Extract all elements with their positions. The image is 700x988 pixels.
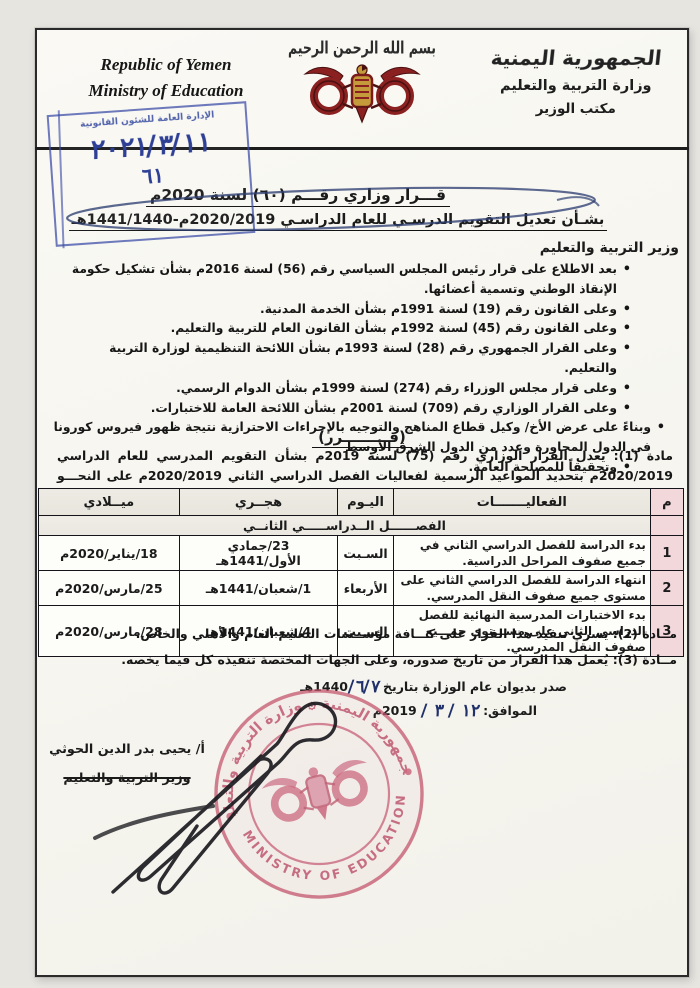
corresponding-label: الموافق: [483, 703, 537, 718]
preamble-item: وعلى القرار الجمهوري رقم (28) لسنة 1993م… [53, 339, 631, 379]
yemen-eagle-emblem-icon [299, 58, 425, 124]
document-page: Republic of Yemen Ministry of Education … [35, 28, 689, 977]
preamble-item: وعلى القرار الوزاري رقم (709) لسنة 2001م… [53, 399, 631, 419]
col-header-no: م [650, 489, 683, 516]
ministry-name-ar: وزارة التربية والتعليم [491, 78, 661, 94]
country-name-en: Republic of Yemen [61, 52, 271, 78]
preamble-item: وعلى القانون رقم (45) لسنة 1992م بشأن ال… [53, 319, 631, 339]
row-activity: انتهاء الدراسة للفصل الدراسي الثاني على … [393, 571, 650, 606]
article-2: مــادة (2): يسري تنفيذ هذا القرار على كـ… [57, 624, 677, 644]
table-section-row: الفصــــــل الــدراســـــي الثانــي [39, 516, 684, 536]
table-header-row: م الفعاليـــــــات اليـوم هجــري ميــلاد… [39, 489, 684, 516]
section-title: الفصــــــل الــدراســـــي الثانــي [39, 516, 651, 536]
row-gregorian-date: 25/مارس/2020م [39, 571, 180, 606]
row-gregorian-date: 18/يناير/2020م [39, 536, 180, 571]
issuer-heading: وزير التربية والتعليم [540, 240, 679, 256]
header-arabic: الجمهورية اليمنية وزارة التربية والتعليم… [491, 46, 661, 117]
minister-office-label: مكتب الوزير [491, 101, 661, 117]
signature-scribble-icon [55, 670, 355, 910]
table-row: 1 بدء الدراسة للفصل الدراسي الثاني في جم… [39, 536, 684, 571]
row-activity: بدء الدراسة للفصل الدراسي الثاني في جميع… [393, 536, 650, 571]
col-header-activity: الفعاليـــــــات [393, 489, 650, 516]
article-3: مــادة (3): يُعمل هذا القرار من تاريخ صد… [57, 650, 677, 670]
resolution-word: (قـــــــــرر) [37, 428, 687, 446]
preamble-item: وعلى قرار مجلس الوزراء رقم (274) لسنة 19… [53, 379, 631, 399]
preamble-item: وعلى القانون رقم (19) لسنة 1991م بشأن ال… [53, 300, 631, 320]
section-no-cell [650, 516, 683, 536]
pen-oval-scribble-icon [59, 180, 604, 238]
country-name-ar: الجمهورية اليمنية [489, 46, 662, 70]
table-row: 2 انتهاء الدراسة للفصل الدراسي الثاني عل… [39, 571, 684, 606]
col-header-hijri: هجــري [179, 489, 338, 516]
row-no: 1 [650, 536, 683, 571]
preamble-item: بعد الاطلاع على قرار رئيس المجلس السياسي… [53, 260, 631, 300]
row-hijri-date: 1/شعبان/1441هـ [179, 571, 338, 606]
col-header-day: اليـوم [338, 489, 393, 516]
header-center: بسم الله الرحمن الرحيم [252, 36, 472, 124]
row-hijri-date: 23/جمادي الأول/1441هـ [179, 536, 338, 571]
bismillah-calligraphy: بسم الله الرحمن الرحيم [288, 37, 436, 57]
row-day: الأربعاء [338, 571, 393, 606]
col-header-gregorian: ميــلادي [39, 489, 180, 516]
row-no: 2 [650, 571, 683, 606]
header-english: Republic of Yemen Ministry of Education [61, 52, 271, 105]
row-day: السـبت [338, 536, 393, 571]
